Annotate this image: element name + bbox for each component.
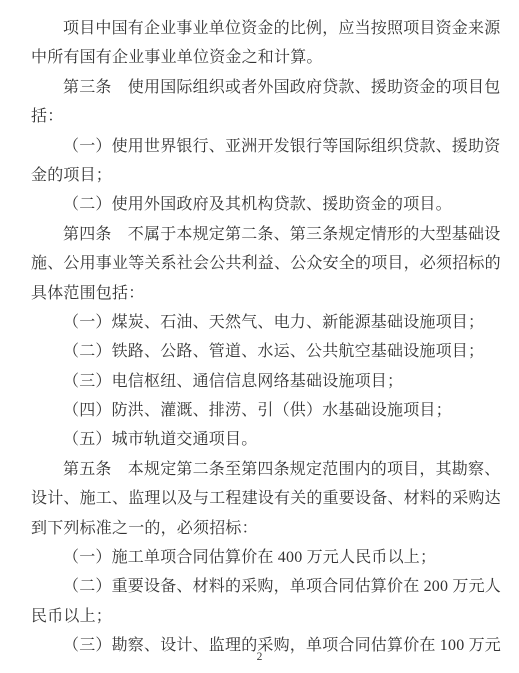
text-line: （二）重要设备、材料的采购，单项合同估算价在 200 万元人 xyxy=(31,572,500,601)
text-line: （二）铁路、公路、管道、水运、公共航空基础设施项目； xyxy=(31,337,500,366)
text-line: 到下列标准之一的，必须招标： xyxy=(31,514,500,543)
text-line: 项目中国有企业事业单位资金的比例，应当按照项目资金来源 xyxy=(31,14,500,43)
text-line: （一）施工单项合同估算价在 400 万元人民币以上； xyxy=(31,543,500,572)
text-line: 括： xyxy=(31,102,500,131)
text-line: 金的项目； xyxy=(31,161,500,190)
document-page-body: 项目中国有企业事业单位资金的比例，应当按照项目资金来源中所有国有企业事业单位资金… xyxy=(31,14,500,661)
page-number: 2 xyxy=(0,651,519,663)
text-line: 施、公用事业等关系社会公共利益、公众安全的项目，必须招标的 xyxy=(31,249,500,278)
text-line: 第五条 本规定第二条至第四条规定范围内的项目，其勘察、 xyxy=(31,455,500,484)
text-line: （三）电信枢纽、通信信息网络基础设施项目； xyxy=(31,367,500,396)
text-line: （一）使用世界银行、亚洲开发银行等国际组织贷款、援助资 xyxy=(31,132,500,161)
text-line: （一）煤炭、石油、天然气、电力、新能源基础设施项目； xyxy=(31,308,500,337)
text-line: 第三条 使用国际组织或者外国政府贷款、援助资金的项目包 xyxy=(31,73,500,102)
text-line: 中所有国有企业事业单位资金之和计算。 xyxy=(31,43,500,72)
text-line: （四）防洪、灌溉、排涝、引（供）水基础设施项目； xyxy=(31,396,500,425)
text-line: 具体范围包括： xyxy=(31,279,500,308)
text-line: 民币以上； xyxy=(31,602,500,631)
text-line: 设计、施工、监理以及与工程建设有关的重要设备、材料的采购达 xyxy=(31,484,500,513)
text-line: （二）使用外国政府及其机构贷款、援助资金的项目。 xyxy=(31,190,500,219)
text-line: （五）城市轨道交通项目。 xyxy=(31,425,500,454)
text-line: 第四条 不属于本规定第二条、第三条规定情形的大型基础设 xyxy=(31,220,500,249)
